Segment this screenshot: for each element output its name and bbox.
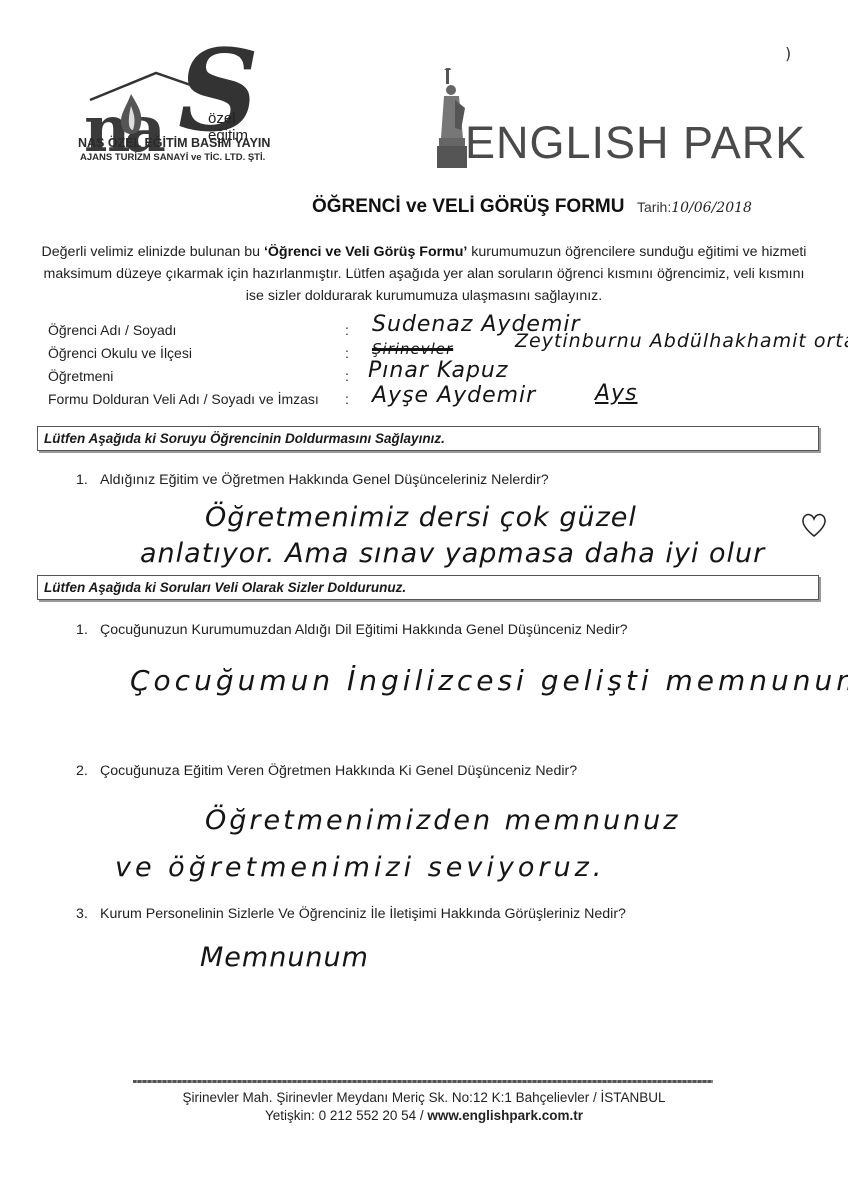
field-colon: : <box>345 345 349 361</box>
field-colon: : <box>345 368 349 384</box>
footer-divider <box>133 1080 713 1083</box>
question-number: 1. <box>76 472 100 488</box>
student-section-header: Lütfen Aşağıda ki Soruyu Öğrencinin Dold… <box>37 426 819 451</box>
intro-form-name: ‘Öğrenci ve Veli Görüş Formu’ <box>264 244 467 260</box>
student-answer-1-line-2[interactable]: anlatıyor. Ama sınav yapmasa daha iyi ol… <box>140 538 765 569</box>
parent-question-2: 2.Çocuğunuza Eğitim Veren Öğretmen Hakkı… <box>76 763 577 779</box>
parent-name-label: Formu Dolduran Veli Adı / Soyadı ve İmza… <box>48 391 319 407</box>
field-colon: : <box>345 322 349 338</box>
footer-address: Şirinevler Mah. Şirinevler Meydanı Meriç… <box>0 1090 848 1105</box>
field-colon: : <box>345 391 349 407</box>
student-question-1: 1.Aldığınız Eğitim ve Öğretmen Hakkında … <box>76 472 549 488</box>
parent-question-3: 3.Kurum Personelinin Sizlerle Ve Öğrenci… <box>76 906 626 922</box>
parent-answer-3[interactable]: Memnunum <box>200 942 369 973</box>
question-text: Çocuğunuza Eğitim Veren Öğretmen Hakkınd… <box>100 763 577 779</box>
page-corner-mark: ) <box>785 44 791 63</box>
english-park-logo-text: ENGLISH PARK <box>465 120 806 165</box>
nas-ozel-text: özel <box>208 111 248 128</box>
intro-paragraph: Değerli velimiz elinizde bulunan bu ‘Öğr… <box>38 241 810 307</box>
student-answer-1-line-1[interactable]: Öğretmenimiz dersi çok güzel <box>205 502 637 533</box>
footer-contact: Yetişkin: 0 212 552 20 54 / www.englishp… <box>0 1108 848 1123</box>
question-text: Kurum Personelinin Sizlerle Ve Öğrencini… <box>100 906 626 922</box>
parent-section-header: Lütfen Aşağıda ki Soruları Veli Olarak S… <box>37 575 819 600</box>
student-school-label: Öğrenci Okulu ve İlçesi <box>48 345 192 361</box>
question-number: 3. <box>76 906 100 922</box>
parent-section-header-text: Lütfen Aşağıda ki Soruları Veli Olarak S… <box>38 576 818 599</box>
question-number: 2. <box>76 763 100 779</box>
parent-answer-1[interactable]: Çocuğumun İngilizcesi gelişti memnunum <box>130 664 848 697</box>
student-section-header-text: Lütfen Aşağıda ki Soruyu Öğrencinin Dold… <box>38 427 818 450</box>
nas-company-line1: NAS ÖZEL EĞİTİM BASIM YAYIN <box>78 136 270 150</box>
footer-website-link[interactable]: www.englishpark.com.tr <box>427 1108 583 1123</box>
date-field[interactable]: Tarih:10/06/2018 <box>637 199 752 216</box>
question-number: 1. <box>76 622 100 638</box>
student-school-struck-value: Şirinevler <box>372 340 453 358</box>
student-name-label: Öğrenci Adı / Soyadı <box>48 322 176 338</box>
footer-phone: Yetişkin: 0 212 552 20 54 / <box>265 1108 427 1123</box>
parent-answer-2-line-2[interactable]: ve öğretmenimizi seviyoruz. <box>115 852 605 883</box>
parent-signature[interactable]: Ays <box>595 381 638 406</box>
teacher-value[interactable]: Pınar Kapuz <box>368 358 508 383</box>
flame-icon <box>116 92 146 140</box>
intro-text-1: Değerli velimiz elinizde bulunan bu <box>42 244 264 260</box>
student-school-value[interactable]: Zeytinburnu Abdülhakhamit ortaokulu <box>515 330 848 352</box>
question-text: Çocuğunuzun Kurumumuzdan Aldığı Dil Eğit… <box>100 622 628 638</box>
date-label: Tarih: <box>637 199 671 215</box>
nas-company-line2: AJANS TURİZM SANAYİ ve TİC. LTD. ŞTİ. <box>80 152 265 163</box>
parent-answer-2-line-1[interactable]: Öğretmenimizden memnunuz <box>205 805 680 836</box>
nas-ozel-egitim-logo: na S özel eğitim NAS ÖZEL EĞİTİM BASIM Y… <box>78 36 258 176</box>
form-title: ÖĞRENCİ ve VELİ GÖRÜŞ FORMU <box>312 196 624 218</box>
heart-icon <box>800 512 828 538</box>
teacher-label: Öğretmeni <box>48 368 113 384</box>
date-value: 10/06/2018 <box>671 200 752 216</box>
parent-name-value[interactable]: Ayşe Aydemir <box>372 383 536 408</box>
statue-of-liberty-icon <box>437 68 467 168</box>
parent-question-1: 1.Çocuğunuzun Kurumumuzdan Aldığı Dil Eğ… <box>76 622 628 638</box>
question-text: Aldığınız Eğitim ve Öğretmen Hakkında Ge… <box>100 472 549 488</box>
